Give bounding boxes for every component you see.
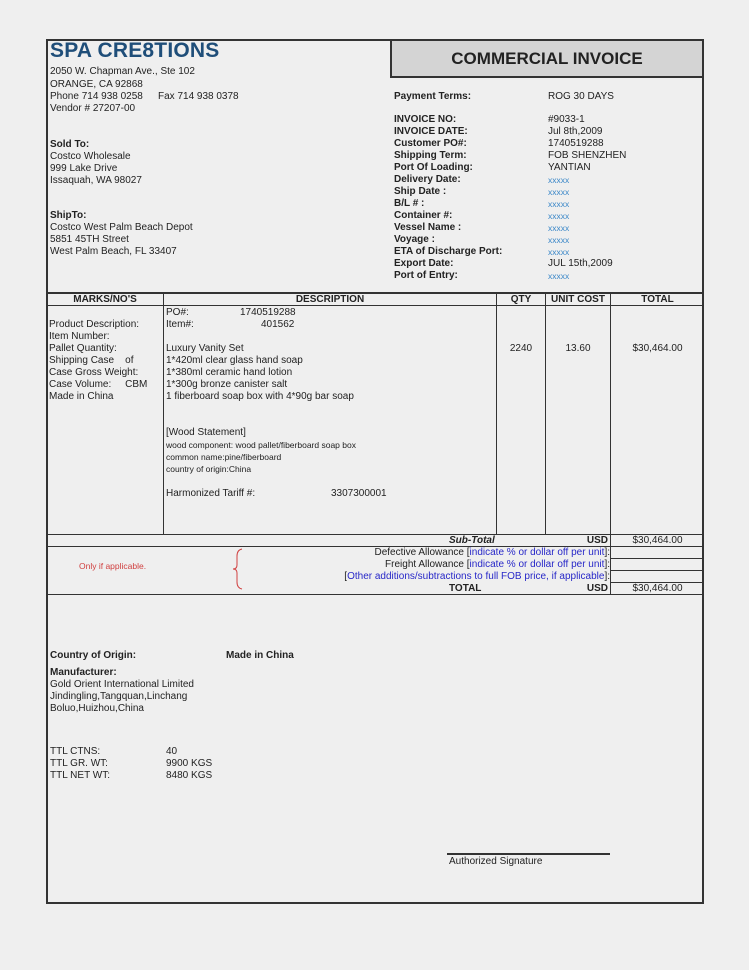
invoice-field-label: Shipping Term: xyxy=(394,150,467,161)
invoice-field-value: xxxxx xyxy=(548,235,569,245)
ship-to-line: 5851 45TH Street xyxy=(50,234,129,245)
invoice-field-label: Customer PO#: xyxy=(394,138,467,149)
unit-cost-value: 13.60 xyxy=(546,343,610,354)
invoice-field-label: B/L # : xyxy=(394,198,424,209)
subtotal-value: $30,464.00 xyxy=(611,535,704,546)
other-adjustments-hint: Other additions/subtractions to full FOB… xyxy=(347,571,604,582)
invoice-frame xyxy=(46,39,704,904)
company-name: SPA CRE8TIONS xyxy=(50,39,219,63)
total-value: $30,464.00 xyxy=(611,583,704,594)
invoice-field-label: Port of Entry: xyxy=(394,270,458,281)
header-unit-cost: UNIT COST xyxy=(546,294,610,305)
description-line: 1*300g bronze canister salt xyxy=(166,379,287,390)
invoice-field-value: #9033-1 xyxy=(548,114,585,125)
wood-statement-line: wood component: wood pallet/fiberboard s… xyxy=(166,440,356,450)
allowance-border-2 xyxy=(610,570,704,571)
shipment-total-label: TTL CTNS: xyxy=(50,746,100,757)
company-vendor: Vendor # 27207-00 xyxy=(50,103,135,114)
totals-bottom-border xyxy=(46,594,704,595)
po-label: PO#: xyxy=(166,307,189,318)
invoice-field-label: Ship Date : xyxy=(394,186,446,197)
marks-item: Made in China xyxy=(49,391,113,402)
subtotal-currency: USD xyxy=(560,535,608,546)
sold-to-line: Costco Wholesale xyxy=(50,151,131,162)
wood-statement-title: [Wood Statement] xyxy=(166,427,246,438)
other-adjustments-suffix: ]: xyxy=(604,571,610,582)
company-address-1: 2050 W. Chapman Ave., Ste 102 xyxy=(50,66,195,77)
invoice-field-value: xxxxx xyxy=(548,247,569,257)
sold-to-label: Sold To: xyxy=(50,139,89,150)
marks-item: Case Gross Weight: xyxy=(49,367,138,378)
freight-allowance-hint: indicate % or dollar off per unit xyxy=(470,559,605,570)
invoice-field-label: Delivery Date: xyxy=(394,174,461,185)
description-line: Luxury Vanity Set xyxy=(166,343,244,354)
brace-icon xyxy=(231,548,245,590)
only-if-applicable-note: Only if applicable. xyxy=(79,561,146,571)
wood-statement-line: common name:pine/fiberboard xyxy=(166,452,281,462)
col-divider-unit xyxy=(610,292,611,595)
invoice-field-label: INVOICE NO: xyxy=(394,114,456,125)
qty-value: 2240 xyxy=(497,343,545,354)
subtotal-label: Sub-Total xyxy=(449,535,495,546)
po-value: 1740519288 xyxy=(240,307,296,318)
defective-allowance-hint: indicate % or dollar off per unit xyxy=(470,547,605,558)
invoice-field-value: YANTIAN xyxy=(548,162,591,173)
invoice-field-label: Vessel Name : xyxy=(394,222,461,233)
marks-item: Pallet Quantity: xyxy=(49,343,117,354)
sold-to-line: 999 Lake Drive xyxy=(50,163,117,174)
invoice-field-label: ETA of Discharge Port: xyxy=(394,246,502,257)
invoice-field-value: Jul 8th,2009 xyxy=(548,126,603,137)
shipment-total-value: 8480 KGS xyxy=(166,770,212,781)
invoice-field-value: JUL 15th,2009 xyxy=(548,258,613,269)
manufacturer-line: Jindingling,Tangquan,Linchang xyxy=(50,691,187,702)
invoice-field-label: Export Date: xyxy=(394,258,453,269)
other-adjustments: [Other additions/subtractions to full FO… xyxy=(250,571,610,582)
marks-item: Shipping Case of xyxy=(49,355,134,366)
col-divider-marks xyxy=(163,292,164,534)
line-total-value: $30,464.00 xyxy=(611,343,704,354)
invoice-title: COMMERCIAL INVOICE xyxy=(390,39,704,78)
title-divider xyxy=(390,39,392,78)
description-line: 1 fiberboard soap box with 4*90g bar soa… xyxy=(166,391,354,402)
defective-allowance-suffix: ]: xyxy=(604,547,610,558)
shipment-total-label: TTL GR. WT: xyxy=(50,758,108,769)
company-fax: Fax 714 938 0378 xyxy=(158,91,239,102)
company-phone: Phone 714 938 0258 xyxy=(50,91,143,102)
shipment-total-value: 40 xyxy=(166,746,177,757)
freight-allowance-label: Freight Allowance [ xyxy=(385,559,470,570)
invoice-field-label: Port Of Loading: xyxy=(394,162,473,173)
invoice-field-label: INVOICE DATE: xyxy=(394,126,468,137)
freight-allowance-suffix: ]: xyxy=(604,559,610,570)
defective-allowance: Defective Allowance [indicate % or dolla… xyxy=(250,547,610,558)
shipment-total-value: 9900 KGS xyxy=(166,758,212,769)
invoice-field-label: Voyage : xyxy=(394,234,435,245)
origin-label: Country of Origin: xyxy=(50,650,136,661)
header-total: TOTAL xyxy=(611,294,704,305)
defective-allowance-label: Defective Allowance [ xyxy=(374,547,469,558)
invoice-field-label: Container #: xyxy=(394,210,452,221)
ship-to-label: ShipTo: xyxy=(50,210,86,221)
signature-label: Authorized Signature xyxy=(449,856,542,867)
tariff-label: Harmonized Tariff #: xyxy=(166,488,255,499)
header-qty: QTY xyxy=(497,294,545,305)
invoice-field-value: xxxxx xyxy=(548,199,569,209)
marks-item: Item Number: xyxy=(49,331,110,342)
wood-statement-line: country of origin:China xyxy=(166,464,251,474)
allowance-border-1 xyxy=(610,558,704,559)
header-description: DESCRIPTION xyxy=(164,294,496,305)
total-label: TOTAL xyxy=(449,583,481,594)
total-currency: USD xyxy=(560,583,608,594)
payment-terms-label: Payment Terms: xyxy=(394,91,471,102)
invoice-field-value: 1740519288 xyxy=(548,138,604,149)
invoice-field-value: xxxxx xyxy=(548,271,569,281)
invoice-field-value: xxxxx xyxy=(548,211,569,221)
item-label: Item#: xyxy=(166,319,194,330)
signature-line[interactable] xyxy=(447,853,610,855)
company-address-2: ORANGE, CA 92868 xyxy=(50,79,143,90)
marks-item: Case Volume: CBM xyxy=(49,379,147,390)
manufacturer-line: Gold Orient International Limited xyxy=(50,679,194,690)
invoice-field-value: xxxxx xyxy=(548,187,569,197)
ship-to-line: West Palm Beach, FL 33407 xyxy=(50,246,177,257)
payment-terms-value: ROG 30 DAYS xyxy=(548,91,614,102)
marks-item: Product Description: xyxy=(49,319,139,330)
col-divider-qty xyxy=(545,292,546,534)
item-value: 401562 xyxy=(261,319,294,330)
col-divider-desc xyxy=(496,292,497,534)
sold-to-line: Issaquah, WA 98027 xyxy=(50,175,142,186)
description-line: 1*420ml clear glass hand soap xyxy=(166,355,303,366)
manufacturer-label: Manufacturer: xyxy=(50,667,117,678)
description-line: 1*380ml ceramic hand lotion xyxy=(166,367,292,378)
origin-value: Made in China xyxy=(226,650,294,661)
invoice-field-value: xxxxx xyxy=(548,175,569,185)
invoice-field-value: FOB SHENZHEN xyxy=(548,150,626,161)
tariff-value: 3307300001 xyxy=(331,488,387,499)
freight-allowance: Freight Allowance [indicate % or dollar … xyxy=(250,559,610,570)
table-header-border xyxy=(46,305,704,306)
shipment-total-label: TTL NET WT: xyxy=(50,770,110,781)
manufacturer-line: Boluo,Huizhou,China xyxy=(50,703,144,714)
header-marks: MARKS/NO'S xyxy=(47,294,163,305)
ship-to-line: Costco West Palm Beach Depot xyxy=(50,222,193,233)
invoice-field-value: xxxxx xyxy=(548,223,569,233)
